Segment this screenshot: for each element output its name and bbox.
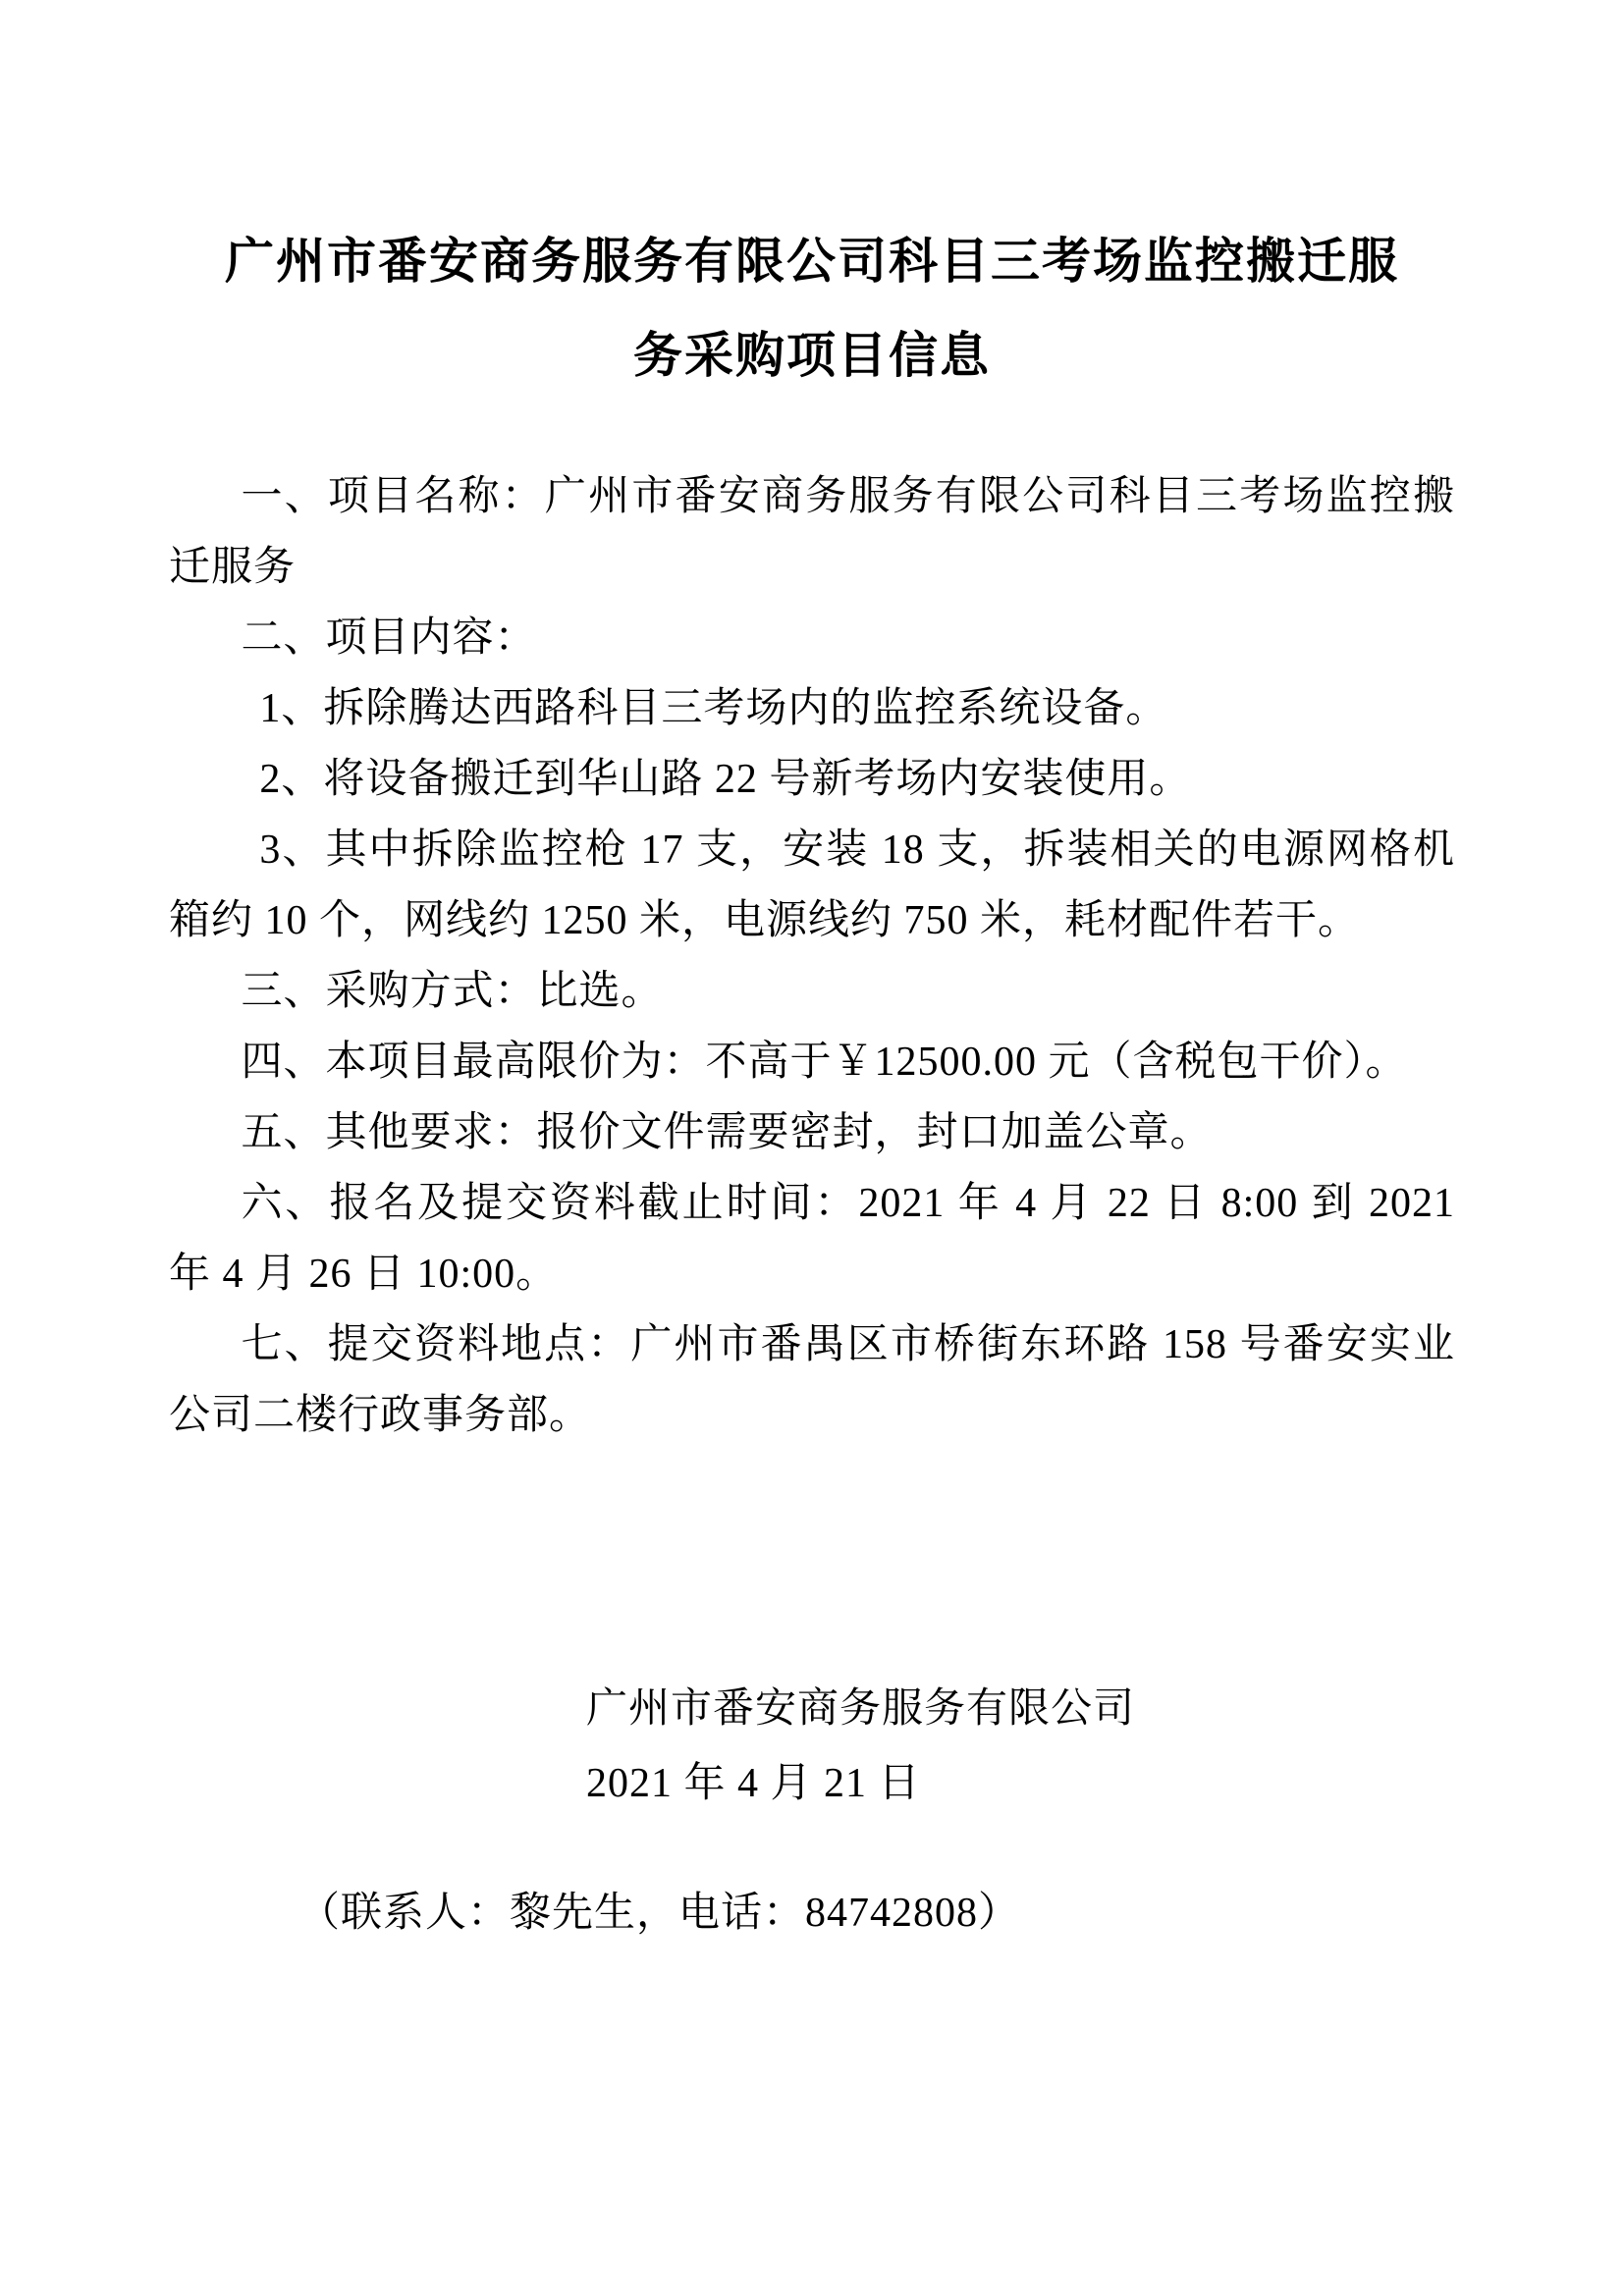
para-submission-address: 七、提交资料地点：广州市番禺区市桥街东环路 158 号番安实业公司二楼行政事务部…	[169, 1309, 1455, 1451]
para-deadline: 六、报名及提交资料截止时间：2021 年 4 月 22 日 8:00 到 202…	[169, 1168, 1455, 1309]
contact-line: （联系人：黎先生，电话：84742808）	[169, 1878, 1455, 1949]
para-other-requirements: 五、其他要求：报价文件需要密封，封口加盖公章。	[169, 1097, 1455, 1168]
document-content: 广州市番安商务服务有限公司科目三考场监控搬迁服 务采购项目信息 一、项目名称：广…	[0, 214, 1624, 1949]
para-content-item-3: 3、其中拆除监控枪 17 支，安装 18 支，拆装相关的电源网格机箱约 10 个…	[169, 815, 1455, 956]
document-page: 广州市番安商务服务有限公司科目三考场监控搬迁服 务采购项目信息 一、项目名称：广…	[0, 0, 1624, 2296]
para-content-item-2: 2、将设备搬迁到华山路 22 号新考场内安装使用。	[169, 744, 1455, 815]
document-title: 广州市番安商务服务有限公司科目三考场监控搬迁服 务采购项目信息	[169, 214, 1455, 402]
signature-date: 2021 年 4 月 21 日	[586, 1746, 1455, 1821]
signature-company: 广州市番安商务服务有限公司	[586, 1672, 1455, 1746]
para-project-name: 一、项目名称：广州市番安商务服务有限公司科目三考场监控搬迁服务	[169, 461, 1455, 603]
para-content-item-1: 1、拆除腾达西路科目三考场内的监控系统设备。	[169, 673, 1455, 744]
document-body: 一、项目名称：广州市番安商务服务有限公司科目三考场监控搬迁服务 二、项目内容： …	[169, 461, 1455, 1451]
para-procurement-method: 三、采购方式：比选。	[169, 956, 1455, 1027]
contact-text: （联系人：黎先生，电话：84742808）	[298, 1891, 1020, 1936]
signature-block: 广州市番安商务服务有限公司 2021 年 4 月 21 日	[169, 1672, 1455, 1821]
para-price-limit: 四、本项目最高限价为：不高于￥12500.00 元（含税包干价）。	[169, 1027, 1455, 1097]
document-title-line1: 广州市番安商务服务有限公司科目三考场监控搬迁服	[169, 214, 1455, 308]
document-title-line2: 务采购项目信息	[169, 308, 1455, 402]
para-project-content-heading: 二、项目内容：	[169, 603, 1455, 673]
